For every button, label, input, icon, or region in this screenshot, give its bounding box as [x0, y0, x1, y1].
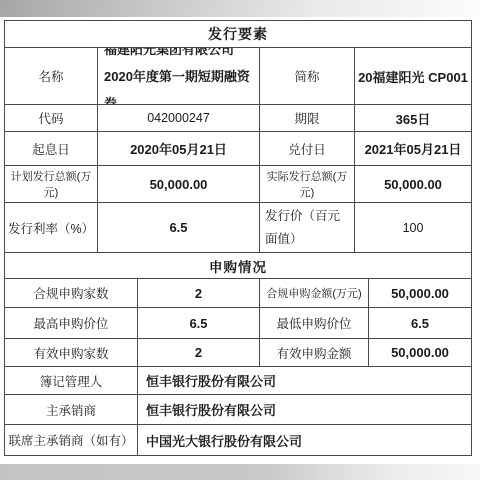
bottom-shadow-band — [0, 464, 480, 480]
valid-bidder-count-label: 有效申购家数 — [5, 339, 138, 366]
name-value: 福建阳光集团有限公司2020年度第一期短期融资券 — [98, 48, 260, 104]
joint-lead-underwriter-value: 中国光大银行股份有限公司 — [138, 425, 471, 455]
compliant-bidder-count-label: 合规申购家数 — [5, 279, 138, 307]
bookrunner-value: 恒丰银行股份有限公司 — [138, 367, 471, 394]
compliant-amount-label: 合规申购金额(万元) — [260, 279, 369, 307]
issue-price-value: 100 — [355, 203, 471, 252]
table-row: 最高申购价位 6.5 最低申购价位 6.5 — [5, 307, 471, 338]
maturity-date-label: 兑付日 — [260, 132, 355, 165]
highest-bid-label: 最高申购价位 — [5, 308, 138, 338]
valid-amount-label: 有效申购金额 — [260, 339, 369, 366]
actual-amount-label: 实际发行总额(万元) — [260, 166, 355, 202]
joint-lead-underwriter-label: 联席主承销商（如有） — [5, 425, 138, 455]
valid-amount-value: 50,000.00 — [369, 339, 471, 366]
bond-issuance-table: 发行要素 名称 福建阳光集团有限公司2020年度第一期短期融资券 简称 20福建… — [4, 20, 472, 456]
bookrunner-label: 簿记管理人 — [5, 367, 138, 394]
table-row: 主承销商 恒丰银行股份有限公司 — [5, 394, 471, 424]
planned-amount-label: 计划发行总额(万元) — [5, 166, 98, 202]
coupon-rate-value: 6.5 — [98, 203, 260, 252]
lowest-bid-value: 6.5 — [369, 308, 471, 338]
term-label: 期限 — [260, 105, 355, 131]
short-name-label: 简称 — [260, 48, 355, 104]
table-row: 代码 042000247 期限 365日 — [5, 104, 471, 131]
table-row: 申购情况 — [5, 252, 471, 278]
table-row: 有效申购家数 2 有效申购金额 50,000.00 — [5, 338, 471, 366]
coupon-rate-label: 发行利率（%） — [5, 203, 98, 252]
issuance-section-title: 发行要素 — [5, 21, 471, 47]
table-row: 计划发行总额(万元) 50,000.00 实际发行总额(万元) 50,000.0… — [5, 165, 471, 202]
compliant-amount-value: 50,000.00 — [369, 279, 471, 307]
lead-underwriter-label: 主承销商 — [5, 395, 138, 424]
table-row: 簿记管理人 恒丰银行股份有限公司 — [5, 366, 471, 394]
compliant-bidder-count-value: 2 — [138, 279, 260, 307]
subscription-section-title: 申购情况 — [5, 253, 471, 278]
name-label: 名称 — [5, 48, 98, 104]
table-row: 发行利率（%） 6.5 发行价（百元面值） 100 — [5, 202, 471, 252]
actual-amount-value: 50,000.00 — [355, 166, 471, 202]
table-row: 发行要素 — [5, 21, 471, 47]
table-row: 联席主承销商（如有） 中国光大银行股份有限公司 — [5, 424, 471, 455]
lowest-bid-label: 最低申购价位 — [260, 308, 369, 338]
issue-price-label: 发行价（百元面值） — [260, 203, 355, 252]
table-row: 合规申购家数 2 合规申购金额(万元) 50,000.00 — [5, 278, 471, 307]
planned-amount-value: 50,000.00 — [98, 166, 260, 202]
top-shadow-band — [0, 0, 480, 17]
value-date-value: 2020年05月21日 — [98, 132, 260, 165]
code-value: 042000247 — [98, 105, 260, 131]
maturity-date-value: 2021年05月21日 — [355, 132, 471, 165]
valid-bidder-count-value: 2 — [138, 339, 260, 366]
document-page: 发行要素 名称 福建阳光集团有限公司2020年度第一期短期融资券 简称 20福建… — [0, 0, 480, 480]
value-date-label: 起息日 — [5, 132, 98, 165]
short-name-value: 20福建阳光 CP001 — [355, 48, 471, 104]
lead-underwriter-value: 恒丰银行股份有限公司 — [138, 395, 471, 424]
table-row: 名称 福建阳光集团有限公司2020年度第一期短期融资券 简称 20福建阳光 CP… — [5, 47, 471, 104]
highest-bid-value: 6.5 — [138, 308, 260, 338]
code-label: 代码 — [5, 105, 98, 131]
table-row: 起息日 2020年05月21日 兑付日 2021年05月21日 — [5, 131, 471, 165]
term-value: 365日 — [355, 105, 471, 131]
